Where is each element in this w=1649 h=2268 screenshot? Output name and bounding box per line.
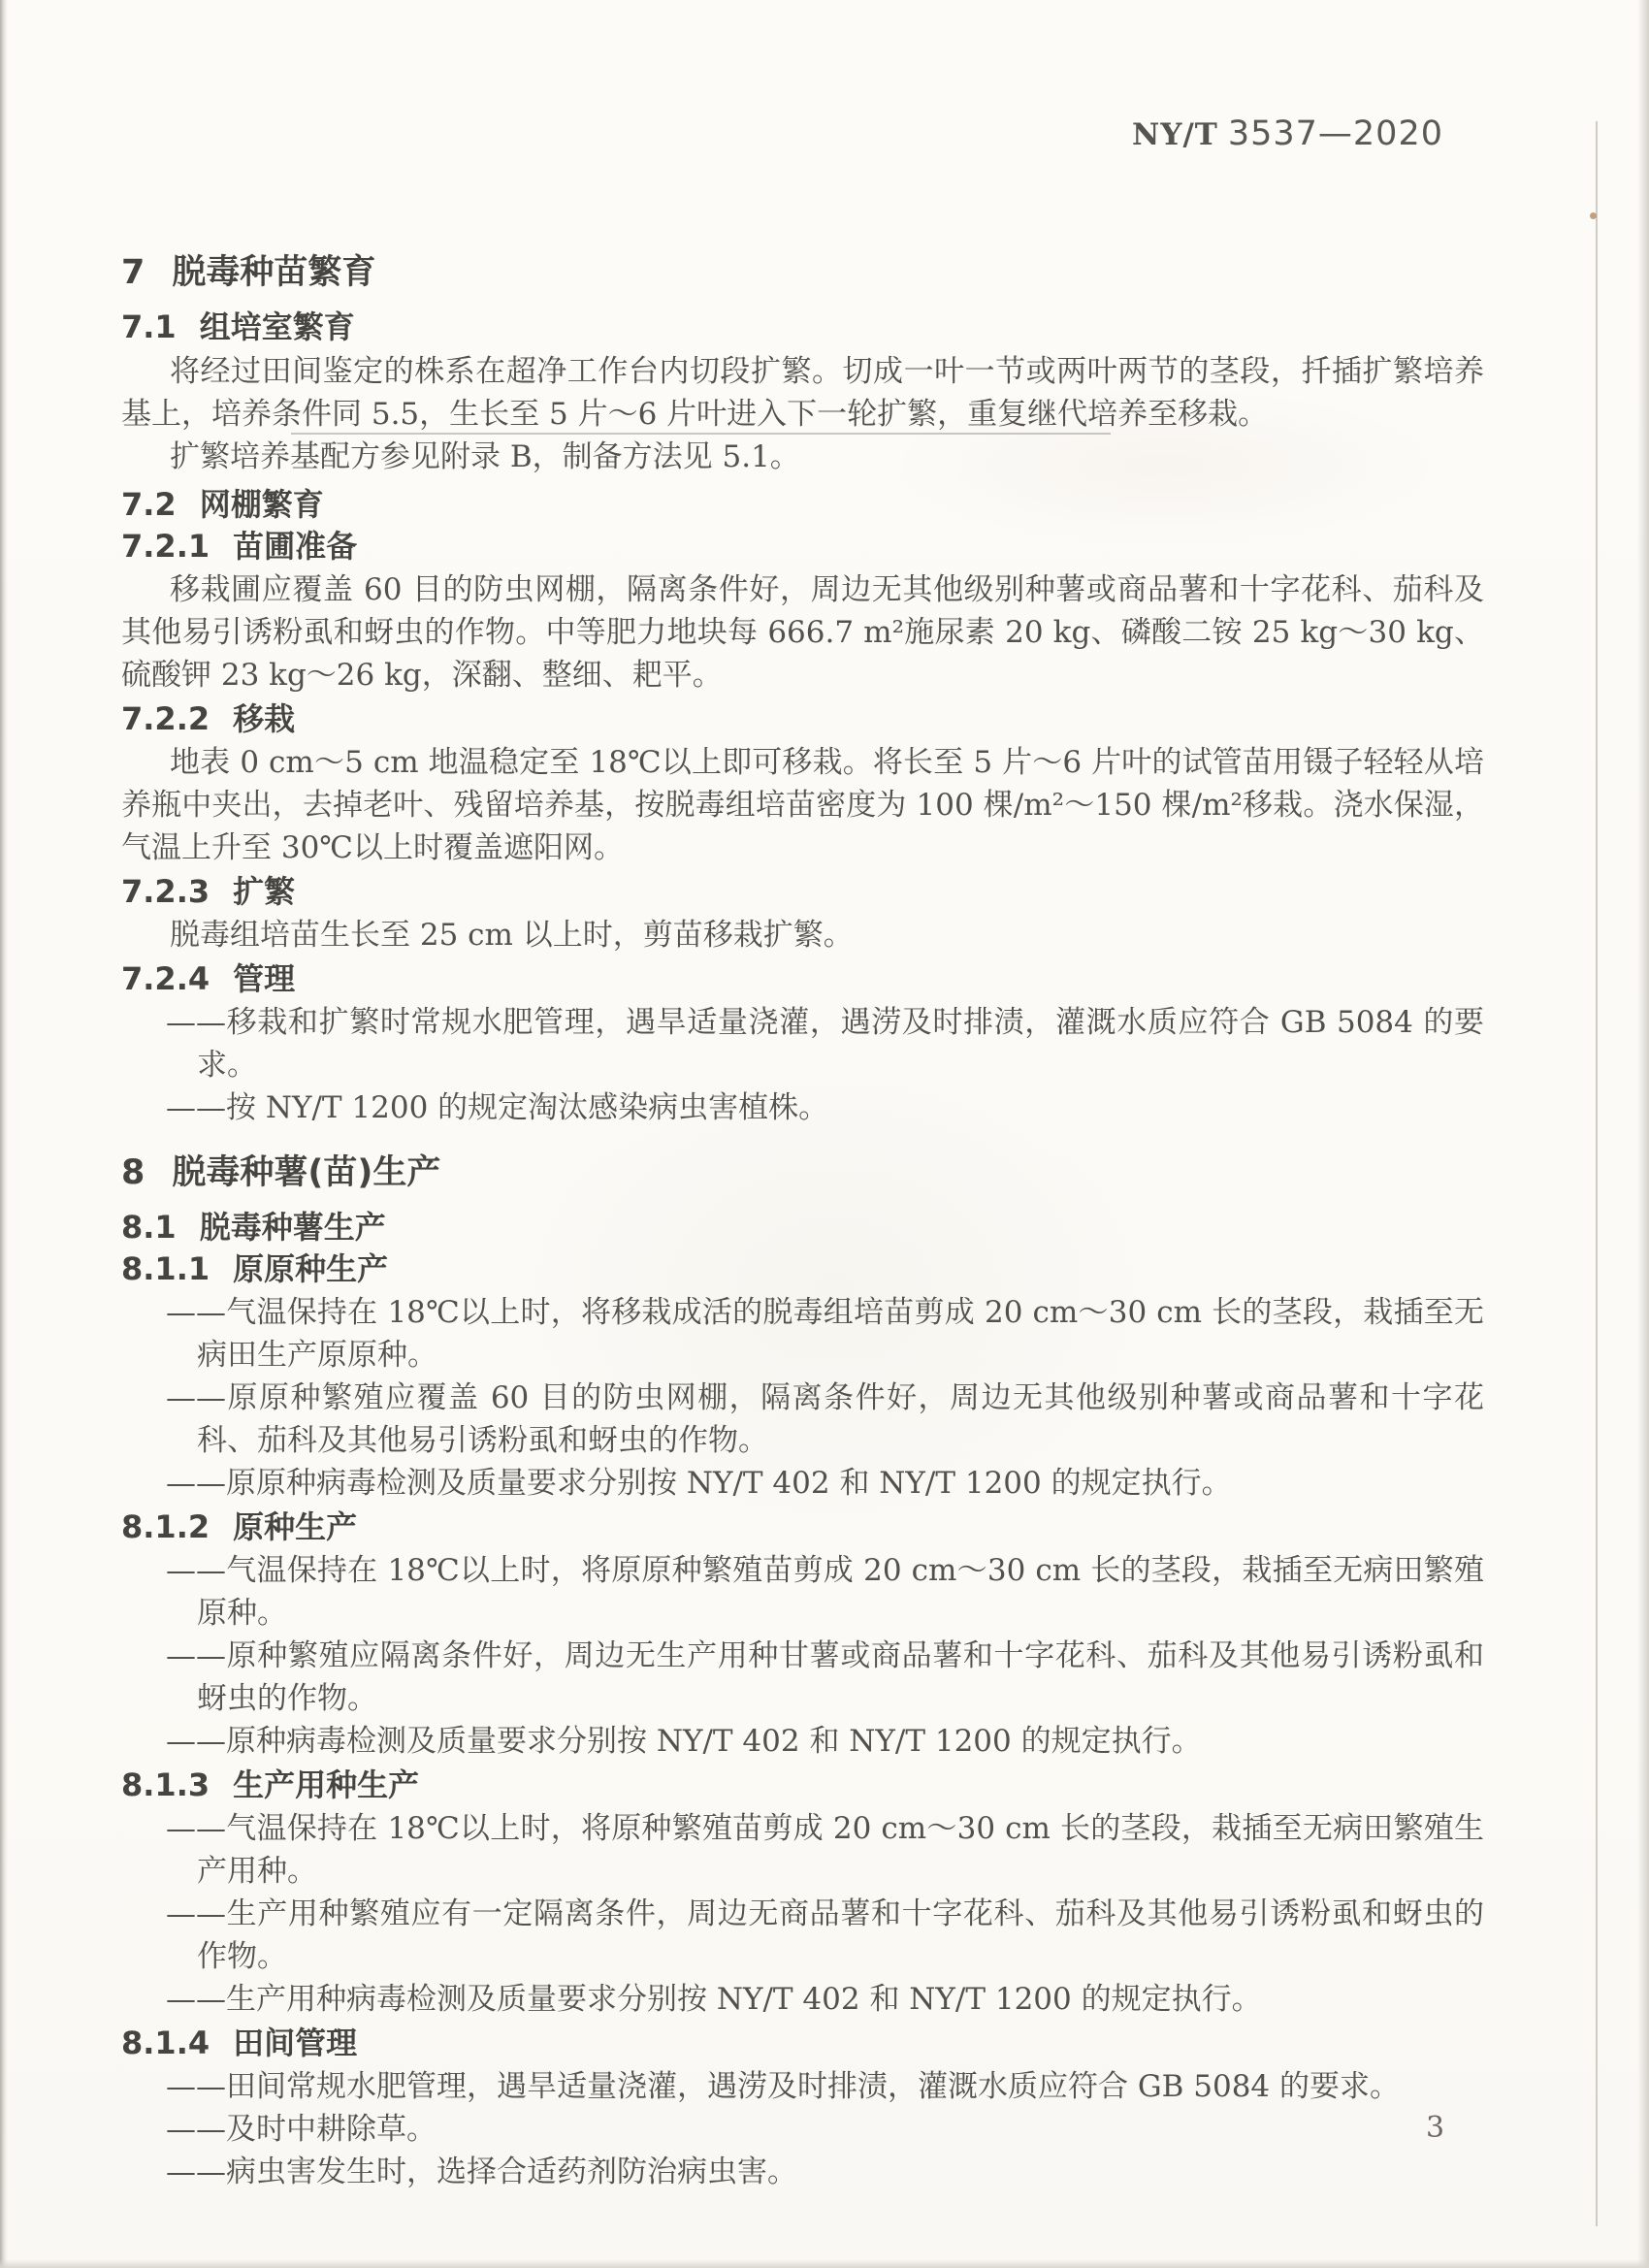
dash-item: ——及时中耕除草。: [121, 2108, 1484, 2151]
dash-item: ——原种繁殖应隔离条件好，周边无生产用种甘薯或商品薯和十字花科、茄科及其他易引诱…: [121, 1635, 1484, 1720]
heading-title: 原种生产: [233, 1508, 357, 1545]
dash-item: ——生产用种病毒检测及质量要求分别按 NY/T 402 和 NY/T 1200 …: [121, 1978, 1484, 2021]
paragraph: 地表 0 cm～5 cm 地温稳定至 18℃以上即可移栽。将长至 5 片～6 片…: [121, 741, 1484, 869]
heading-title: 生产用种生产: [233, 1766, 419, 1803]
heading-8.1.2: 8.1.2原种生产: [121, 1508, 1484, 1545]
heading-number: 7.1: [121, 308, 177, 345]
heading-number: 7.2.4: [121, 960, 210, 997]
heading-title: 移栽: [233, 700, 295, 737]
standard-code-prefix: NY/T: [1132, 117, 1218, 152]
heading-7.2.2: 7.2.2移栽: [121, 700, 1484, 737]
heading-7.2: 7.2网棚繁育: [121, 486, 1484, 523]
paragraph: 移栽圃应覆盖 60 目的防虫网棚，隔离条件好，周边无其他级别种薯或商品薯和十字花…: [121, 568, 1484, 697]
scan-edge-right-shadow: [1637, 0, 1649, 2268]
scan-edge-bottom-shadow: [0, 2259, 1649, 2268]
dash-item: ——按 NY/T 1200 的规定淘汰感染病虫害植株。: [121, 1086, 1484, 1129]
scan-edge-left: [0, 0, 8, 2268]
heading-7.2.4: 7.2.4管理: [121, 960, 1484, 997]
heading-number: 8.1.2: [121, 1508, 210, 1545]
heading-title: 脱毒种苗繁育: [172, 253, 375, 292]
dash-item: ——原原种病毒检测及质量要求分别按 NY/T 402 和 NY/T 1200 的…: [121, 1462, 1484, 1505]
dash-item: ——移栽和扩繁时常规水肥管理，遇旱适量浇灌，遇涝及时排渍，灌溉水质应符合 GB …: [121, 1001, 1484, 1086]
scan-dot-artifact: [1590, 212, 1597, 219]
dash-item: ——原原种繁殖应覆盖 60 目的防虫网棚，隔离条件好，周边无其他级别种薯或商品薯…: [121, 1377, 1484, 1462]
paragraph: 将经过田间鉴定的株系在超净工作台内切段扩繁。切成一叶一节或两叶两节的茎段，扦插扩…: [121, 350, 1484, 436]
heading-7.2.1: 7.2.1苗圃准备: [121, 528, 1484, 565]
standard-number: NY/T3537—2020: [1132, 114, 1443, 153]
heading-8.1.3: 8.1.3生产用种生产: [121, 1766, 1484, 1803]
page-number: 3: [1426, 2111, 1444, 2145]
heading-title: 苗圃准备: [233, 528, 357, 565]
heading-number: 7.2.1: [121, 528, 210, 565]
heading-title: 扩繁: [233, 873, 295, 910]
paragraph: 脱毒组培苗生长至 25 cm 以上时，剪苗移栽扩繁。: [121, 914, 1484, 956]
heading-title: 网棚繁育: [200, 486, 324, 523]
dash-item: ——田间常规水肥管理，遇旱适量浇灌，遇涝及时排渍，灌溉水质应符合 GB 5084…: [121, 2065, 1484, 2108]
heading-title: 原原种生产: [233, 1250, 388, 1287]
heading-8.1.4: 8.1.4田间管理: [121, 2025, 1484, 2061]
heading-8: 8脱毒种薯(苗)生产: [121, 1152, 1484, 1193]
heading-8.1: 8.1脱毒种薯生产: [121, 1209, 1484, 1246]
dash-item: ——气温保持在 18℃以上时，将移栽成活的脱毒组培苗剪成 20 cm～30 cm…: [121, 1291, 1484, 1377]
heading-title: 脱毒种薯(苗)生产: [172, 1153, 440, 1192]
heading-number: 7.2.3: [121, 873, 210, 910]
scan-edge-line: [1596, 121, 1598, 2226]
heading-number: 8.1.1: [121, 1250, 210, 1287]
document-page: NY/T3537—2020 7脱毒种苗繁育7.1组培室繁育将经过田间鉴定的株系在…: [0, 0, 1649, 2268]
heading-number: 8.1.4: [121, 2025, 210, 2061]
paragraph: 扩繁培养基配方参见附录 B，制备方法见 5.1。: [121, 436, 1484, 478]
heading-number: 7: [121, 253, 145, 292]
heading-number: 7.2.2: [121, 700, 210, 737]
heading-7.1: 7.1组培室繁育: [121, 308, 1484, 345]
heading-title: 脱毒种薯生产: [200, 1209, 386, 1246]
heading-7.2.3: 7.2.3扩繁: [121, 873, 1484, 910]
heading-title: 田间管理: [233, 2025, 357, 2061]
document-body: 7脱毒种苗繁育7.1组培室繁育将经过田间鉴定的株系在超净工作台内切段扩繁。切成一…: [121, 229, 1484, 2193]
dash-item: ——生产用种繁殖应有一定隔离条件，周边无商品薯和十字花科、茄科及其他易引诱粉虱和…: [121, 1893, 1484, 1978]
dash-item: ——病虫害发生时，选择合适药剂防治病虫害。: [121, 2151, 1484, 2193]
heading-8.1.1: 8.1.1原原种生产: [121, 1250, 1484, 1287]
heading-number: 7.2: [121, 486, 177, 523]
heading-7: 7脱毒种苗繁育: [121, 252, 1484, 293]
dash-item: ——原种病毒检测及质量要求分别按 NY/T 402 和 NY/T 1200 的规…: [121, 1720, 1484, 1763]
dash-item: ——气温保持在 18℃以上时，将原种繁殖苗剪成 20 cm～30 cm 长的茎段…: [121, 1807, 1484, 1893]
standard-code-number: 3537—2020: [1228, 114, 1443, 153]
dash-item: ——气温保持在 18℃以上时，将原原种繁殖苗剪成 20 cm～30 cm 长的茎…: [121, 1549, 1484, 1635]
heading-title: 组培室繁育: [200, 308, 355, 345]
heading-number: 8.1: [121, 1209, 177, 1246]
heading-number: 8.1.3: [121, 1766, 210, 1803]
heading-number: 8: [121, 1153, 145, 1192]
heading-title: 管理: [233, 960, 295, 997]
